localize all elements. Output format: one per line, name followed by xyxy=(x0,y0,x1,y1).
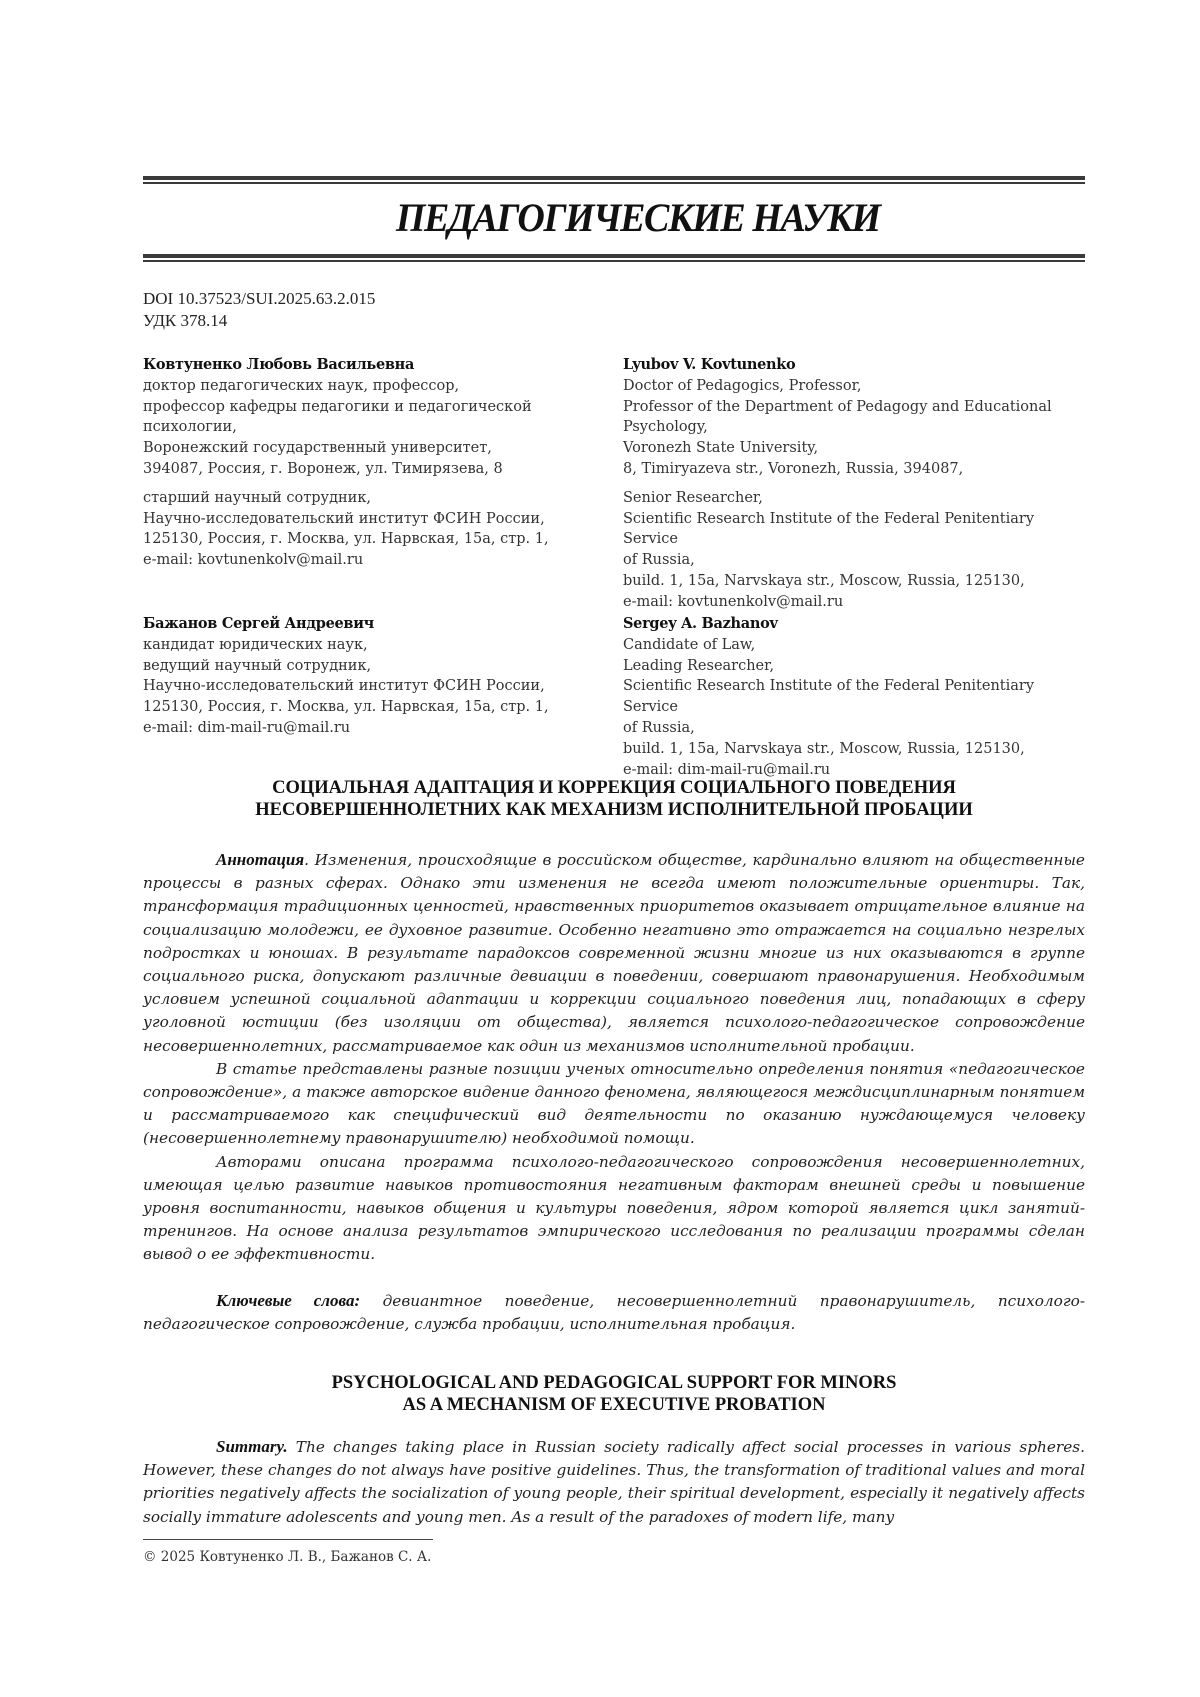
author-line: 125130, Россия, г. Москва, ул. Нарвская,… xyxy=(143,697,613,718)
author-line: ведущий научный сотрудник, xyxy=(143,656,613,677)
summary-label: Summary. xyxy=(216,1437,288,1456)
abstract-text: . Изменения, происходящие в российском о… xyxy=(143,851,1085,1055)
copyright-footnote: © 2025 Ковтуненко Л. В., Бажанов С. А. xyxy=(143,1549,431,1565)
author-1-en: Lyubov V. Kovtunenko Doctor of Pedagogic… xyxy=(623,355,1085,613)
author-line: Senior Researcher, xyxy=(623,488,1085,509)
author-line: build. 1, 15a, Narvskaya str., Moscow, R… xyxy=(623,739,1085,760)
title-line: НЕСОВЕРШЕННОЛЕТНИХ КАК МЕХАНИЗМ ИСПОЛНИТ… xyxy=(143,799,1085,821)
author-line: Научно-исследовательский институт ФСИН Р… xyxy=(143,676,613,697)
author-name: Lyubov V. Kovtunenko xyxy=(623,355,1085,376)
author-name: Sergey A. Bazhanov xyxy=(623,614,1085,635)
author-line: Psychology, xyxy=(623,417,1085,438)
keywords-label: Ключевые слова: xyxy=(216,1291,360,1310)
summary-paragraph: Summary. The changes taking place in Rus… xyxy=(143,1435,1085,1529)
author-line: Воронежский государственный университет, xyxy=(143,438,613,459)
header-rule-top xyxy=(143,176,1085,184)
article-title-en: PSYCHOLOGICAL AND PEDAGOGICAL SUPPORT FO… xyxy=(143,1372,1085,1416)
udk: УДК 378.14 xyxy=(143,310,375,332)
author-line: Scientific Research Institute of the Fed… xyxy=(623,676,1085,718)
author-line: 394087, Россия, г. Воронеж, ул. Тимирязе… xyxy=(143,459,613,480)
summary-en: Summary. The changes taking place in Rus… xyxy=(143,1435,1085,1529)
author-line: Leading Researcher, xyxy=(623,656,1085,677)
author-2-en: Sergey A. Bazhanov Candidate of Law, Lea… xyxy=(623,614,1085,780)
author-line: of Russia, xyxy=(623,718,1085,739)
author-line: Doctor of Pedagogics, Professor, xyxy=(623,376,1085,397)
header-rule-bottom xyxy=(143,254,1085,262)
abstract-ru: Аннотация. Изменения, происходящие в рос… xyxy=(143,848,1085,1267)
author-line: of Russia, xyxy=(623,550,1085,571)
abstract-paragraph: Авторами описана программа психолого-пед… xyxy=(143,1151,1085,1267)
doi: DOI 10.37523/SUI.2025.63.2.015 xyxy=(143,288,375,310)
footnote-divider xyxy=(143,1539,433,1540)
author-line: Scientific Research Institute of the Fed… xyxy=(623,509,1085,551)
title-line: AS A MECHANISM OF EXECUTIVE PROBATION xyxy=(143,1394,1085,1416)
article-title-ru: СОЦИАЛЬНАЯ АДАПТАЦИЯ И КОРРЕКЦИЯ СОЦИАЛЬ… xyxy=(143,777,1085,821)
author-line: Candidate of Law, xyxy=(623,635,1085,656)
title-line: PSYCHOLOGICAL AND PEDAGOGICAL SUPPORT FO… xyxy=(143,1372,1085,1394)
author-email[interactable]: e-mail: kovtunenkolv@mail.ru xyxy=(143,550,613,571)
article-meta: DOI 10.37523/SUI.2025.63.2.015 УДК 378.1… xyxy=(143,288,375,332)
abstract-paragraph: Аннотация. Изменения, происходящие в рос… xyxy=(143,848,1085,1058)
author-1-ru: Ковтуненко Любовь Васильевна доктор педа… xyxy=(143,355,613,571)
author-line: Научно-исследовательский институт ФСИН Р… xyxy=(143,509,613,530)
author-line: психологии, xyxy=(143,417,613,438)
keywords-ru: Ключевые слова: девиантное поведение, не… xyxy=(143,1289,1085,1336)
author-line: старший научный сотрудник, xyxy=(143,488,613,509)
author-line: Voronezh State University, xyxy=(623,438,1085,459)
author-email[interactable]: e-mail: kovtunenkolv@mail.ru xyxy=(623,592,1085,613)
abstract-paragraph: В статье представлены разные позиции уче… xyxy=(143,1058,1085,1151)
author-name: Ковтуненко Любовь Васильевна xyxy=(143,355,613,376)
author-line: 8, Timiryazeva str., Voronezh, Russia, 3… xyxy=(623,459,1085,480)
section-title: ПЕДАГОГИЧЕСКИЕ НАУКИ xyxy=(167,194,1062,241)
author-email[interactable]: e-mail: dim-mail-ru@mail.ru xyxy=(143,718,613,739)
author-2-ru: Бажанов Сергей Андреевич кандидат юридич… xyxy=(143,614,613,739)
author-name: Бажанов Сергей Андреевич xyxy=(143,614,613,635)
author-line: доктор педагогических наук, профессор, xyxy=(143,376,613,397)
author-line: профессор кафедры педагогики и педагогич… xyxy=(143,397,613,418)
keywords-paragraph: Ключевые слова: девиантное поведение, не… xyxy=(143,1289,1085,1336)
abstract-label: Аннотация xyxy=(216,850,304,869)
author-line: 125130, Россия, г. Москва, ул. Нарвская,… xyxy=(143,529,613,550)
author-line: build. 1, 15a, Narvskaya str., Moscow, R… xyxy=(623,571,1085,592)
author-line: кандидат юридических наук, xyxy=(143,635,613,656)
author-line: Professor of the Department of Pedagogy … xyxy=(623,397,1085,418)
title-line: СОЦИАЛЬНАЯ АДАПТАЦИЯ И КОРРЕКЦИЯ СОЦИАЛЬ… xyxy=(143,777,1085,799)
